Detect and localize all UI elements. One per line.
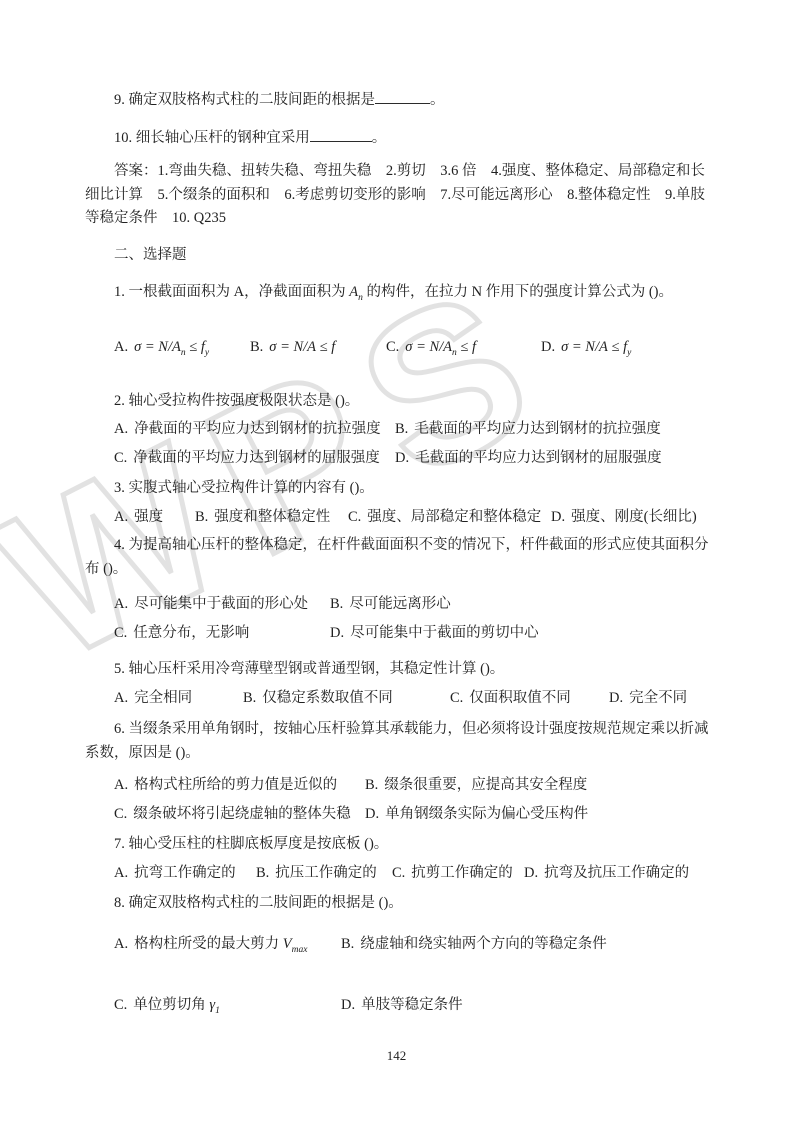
question-2-options-cd: C.净截面的平均应力达到钢材的屈服强度D.毛截面的平均应力达到钢材的屈服强度 (85, 446, 710, 470)
option-label: D. (551, 509, 565, 525)
blank-underline (310, 127, 372, 142)
formula: σ = N/A (134, 339, 181, 355)
option-b: B.仅稳定系数取值不同 (243, 686, 450, 710)
option-label: C. (348, 509, 361, 525)
variable: V (283, 936, 292, 952)
question-4-stem: 4. 为提高轴心压杆的整体稳定，在杆件截面面积不变的情况下，杆件截面的形式应使其… (85, 533, 710, 581)
option-label: C. (392, 865, 405, 881)
option-d: D.σ = N/A ≤ fy (541, 335, 631, 365)
option-text: 完全相同 (134, 690, 192, 706)
question-6-options-ab: A.格构式柱所给的剪力值是近似的B.缀条很重要，应提高其安全程度 (85, 773, 710, 797)
option-label: C. (114, 625, 127, 641)
option-d: D.完全不同 (609, 686, 687, 710)
question-3-options: A.强度B.强度和整体稳定性C.强度、局部稳定和整体稳定D.强度、刚度(长细比) (85, 505, 710, 529)
question-text: 9. 确定双肢格构式柱的二肢间距的根据是 (114, 92, 375, 108)
option-label: C. (386, 339, 399, 355)
option-text: 毛截面的平均应力达到钢材的抗拉强度 (414, 421, 661, 437)
question-7-stem: 7. 轴心受压柱的柱脚底板厚度是按底板 ()。 (85, 832, 710, 856)
option-c: C.任意分布，无影响 (114, 621, 330, 645)
question-8-options-ab: A.格构柱所受的最大剪力 VmaxB.绕虚轴和绕实轴两个方向的等稳定条件 (85, 932, 710, 962)
stem-text: 的构件，在拉力 N 作用下的强度计算公式为 ()。 (363, 284, 673, 300)
option-text: 强度、刚度(长细比) (571, 509, 697, 525)
question-tail: 。 (372, 130, 387, 146)
question-5-options: A.完全相同B.仅稳定系数取值不同C.仅面积取值不同D.完全不同 (85, 686, 710, 710)
question-1-stem: 1. 一根截面面积为 A，净截面面积为 An 的构件，在拉力 N 作用下的强度计… (85, 280, 710, 310)
option-label: D. (541, 339, 555, 355)
option-c: C.仅面积取值不同 (450, 686, 609, 710)
option-text: 单角钢缀条实际为偏心受压构件 (385, 806, 588, 822)
option-text: 缀条很重要，应提高其安全程度 (384, 777, 587, 793)
option-label: B. (341, 936, 354, 952)
formula: ≤ f (316, 339, 335, 355)
option-label: A. (114, 777, 128, 793)
option-label: A. (114, 690, 128, 706)
option-label: A. (114, 339, 128, 355)
option-a: A.完全相同 (114, 686, 243, 710)
option-c: C.抗剪工作确定的 (392, 861, 524, 885)
option-label: A. (114, 596, 128, 612)
option-text: 毛截面的平均应力达到钢材的屈服强度 (415, 450, 662, 466)
fill-question-9: 9. 确定双肢格构式柱的二肢间距的根据是。 (85, 88, 710, 112)
option-label: D. (609, 690, 623, 706)
option-text: 抗弯及抗压工作确定的 (544, 865, 689, 881)
option-d: D.毛截面的平均应力达到钢材的屈服强度 (395, 446, 662, 470)
blank-underline (375, 89, 430, 104)
option-b: B.强度和整体稳定性 (195, 505, 348, 529)
option-b: B.毛截面的平均应力达到钢材的抗拉强度 (395, 417, 661, 441)
option-text: 强度、局部稳定和整体稳定 (367, 509, 541, 525)
exam-content: 9. 确定双肢格构式柱的二肢间距的根据是。 10. 细长轴心压杆的钢种宜采用。 … (85, 88, 710, 1023)
option-label: A. (114, 509, 128, 525)
option-d: D.尽可能集中于截面的剪切中心 (330, 621, 539, 645)
option-d: D.强度、刚度(长细比) (551, 505, 697, 529)
question-7-options: A.抗弯工作确定的B.抗压工作确定的C.抗剪工作确定的D.抗弯及抗压工作确定的 (85, 861, 710, 885)
question-5-stem: 5. 轴心压杆采用冷弯薄壁型钢或普通型钢，其稳定性计算 ()。 (85, 657, 710, 681)
variable: A (349, 284, 358, 300)
option-label: D. (365, 806, 379, 822)
option-label: D. (524, 865, 538, 881)
question-tail: 。 (430, 92, 445, 108)
option-d: D.抗弯及抗压工作确定的 (524, 861, 689, 885)
option-text: 单肢等稳定条件 (361, 997, 463, 1013)
option-b: B.尽可能远离形心 (330, 592, 451, 616)
option-label: B. (395, 421, 408, 437)
option-text: 完全不同 (629, 690, 687, 706)
option-d: D.单肢等稳定条件 (341, 993, 463, 1017)
option-label: A. (114, 421, 128, 437)
option-text: 强度和整体稳定性 (214, 509, 330, 525)
option-text: 抗压工作确定的 (275, 865, 377, 881)
option-b: B.绕虚轴和绕实轴两个方向的等稳定条件 (341, 932, 607, 956)
variable-subscript: 1 (215, 1006, 220, 1016)
page-number: 142 (0, 1048, 793, 1064)
option-text: 任意分布，无影响 (133, 625, 249, 641)
option-c: C.缀条破坏将引起绕虚轴的整体失稳 (114, 802, 365, 826)
formula-subscript: y (205, 348, 209, 358)
option-text: 尽可能集中于截面的形心处 (134, 596, 308, 612)
option-text: 仅稳定系数取值不同 (262, 690, 393, 706)
option-c: C.单位剪切角 γ1 (114, 993, 341, 1023)
option-text: 净截面的平均应力达到钢材的屈服强度 (133, 450, 380, 466)
option-text: 仅面积取值不同 (469, 690, 571, 706)
fill-question-10: 10. 细长轴心压杆的钢种宜采用。 (85, 126, 710, 150)
option-label: D. (395, 450, 409, 466)
formula: σ = N/A (561, 339, 608, 355)
option-a: A.抗弯工作确定的 (114, 861, 256, 885)
option-b: B.抗压工作确定的 (256, 861, 392, 885)
option-a: A.格构柱所受的最大剪力 Vmax (114, 932, 341, 962)
option-text: 尽可能集中于截面的剪切中心 (350, 625, 539, 641)
option-b: B.σ = N/A ≤ f (250, 335, 386, 365)
section-title: 二、选择题 (85, 243, 710, 267)
answers-paragraph: 答案：1.弯曲失稳、扭转失稳、弯扭失稳 2.剪切 3.6 倍 4.强度、整体稳定… (85, 160, 710, 231)
variable-subscript: max (292, 945, 308, 955)
question-6-options-cd: C.缀条破坏将引起绕虚轴的整体失稳D.单角钢缀条实际为偏心受压构件 (85, 802, 710, 826)
option-c: C.σ = N/An ≤ f (386, 335, 541, 365)
question-6-stem: 6. 当缀条采用单角钢时，按轴心压杆验算其承载能力，但必须将设计强度按规范规定乘… (85, 717, 710, 765)
option-text: 格构式柱所给的剪力值是近似的 (134, 777, 337, 793)
option-a: A.强度 (114, 505, 195, 529)
question-8-options-cd: C.单位剪切角 γ1D.单肢等稳定条件 (85, 993, 710, 1023)
option-a: A.格构式柱所给的剪力值是近似的 (114, 773, 365, 797)
option-label: A. (114, 936, 128, 952)
question-2-options-ab: A.净截面的平均应力达到钢材的抗拉强度B.毛截面的平均应力达到钢材的抗拉强度 (85, 417, 710, 441)
formula: σ = N/A (269, 339, 316, 355)
option-label: C. (114, 997, 127, 1013)
option-a: A.σ = N/An ≤ fy (114, 335, 250, 365)
option-a: A.净截面的平均应力达到钢材的抗拉强度 (114, 417, 395, 441)
option-label: C. (114, 450, 127, 466)
question-2-stem: 2. 轴心受拉构件按强度极限状态是 ()。 (85, 389, 710, 413)
option-label: D. (341, 997, 355, 1013)
option-c: C.强度、局部稳定和整体稳定 (348, 505, 551, 529)
option-label: C. (450, 690, 463, 706)
option-label: B. (250, 339, 263, 355)
formula-subscript: y (627, 348, 631, 358)
option-text: 净截面的平均应力达到钢材的抗拉强度 (134, 421, 381, 437)
question-8-stem: 8. 确定双肢格构式柱的二肢间距的根据是 ()。 (85, 891, 710, 915)
option-text: 单位剪切角 (133, 997, 209, 1013)
option-label: B. (365, 777, 378, 793)
option-a: A.尽可能集中于截面的形心处 (114, 592, 330, 616)
question-text: 10. 细长轴心压杆的钢种宜采用 (114, 130, 310, 146)
question-3-stem: 3. 实腹式轴心受拉构件计算的内容有 ()。 (85, 476, 710, 500)
option-text: 抗剪工作确定的 (411, 865, 513, 881)
option-b: B.缀条很重要，应提高其安全程度 (365, 773, 587, 797)
option-label: D. (330, 625, 344, 641)
option-label: A. (114, 865, 128, 881)
question-4-options-cd: C.任意分布，无影响D.尽可能集中于截面的剪切中心 (85, 621, 710, 645)
option-label: C. (114, 806, 127, 822)
stem-text: 1. 一根截面面积为 A，净截面面积为 (114, 284, 349, 300)
question-1-options: A.σ = N/An ≤ fyB.σ = N/A ≤ fC.σ = N/An ≤… (85, 335, 710, 365)
formula: ≤ f (186, 339, 205, 355)
option-text: 缀条破坏将引起绕虚轴的整体失稳 (133, 806, 351, 822)
document-page: WPS 9. 确定双肢格构式柱的二肢间距的根据是。 10. 细长轴心压杆的钢种宜… (0, 0, 793, 1122)
option-text: 尽可能远离形心 (349, 596, 451, 612)
option-text: 强度 (134, 509, 163, 525)
option-d: D.单角钢缀条实际为偏心受压构件 (365, 802, 588, 826)
option-c: C.净截面的平均应力达到钢材的屈服强度 (114, 446, 395, 470)
option-label: B. (195, 509, 208, 525)
option-label: B. (256, 865, 269, 881)
formula: σ = N/A (405, 339, 452, 355)
option-text: 格构柱所受的最大剪力 (134, 936, 283, 952)
option-text: 抗弯工作确定的 (134, 865, 236, 881)
option-label: B. (330, 596, 343, 612)
question-4-options-ab: A.尽可能集中于截面的形心处B.尽可能远离形心 (85, 592, 710, 616)
formula: ≤ f (608, 339, 627, 355)
formula: ≤ f (457, 339, 476, 355)
option-text: 绕虚轴和绕实轴两个方向的等稳定条件 (360, 936, 607, 952)
option-label: B. (243, 690, 256, 706)
